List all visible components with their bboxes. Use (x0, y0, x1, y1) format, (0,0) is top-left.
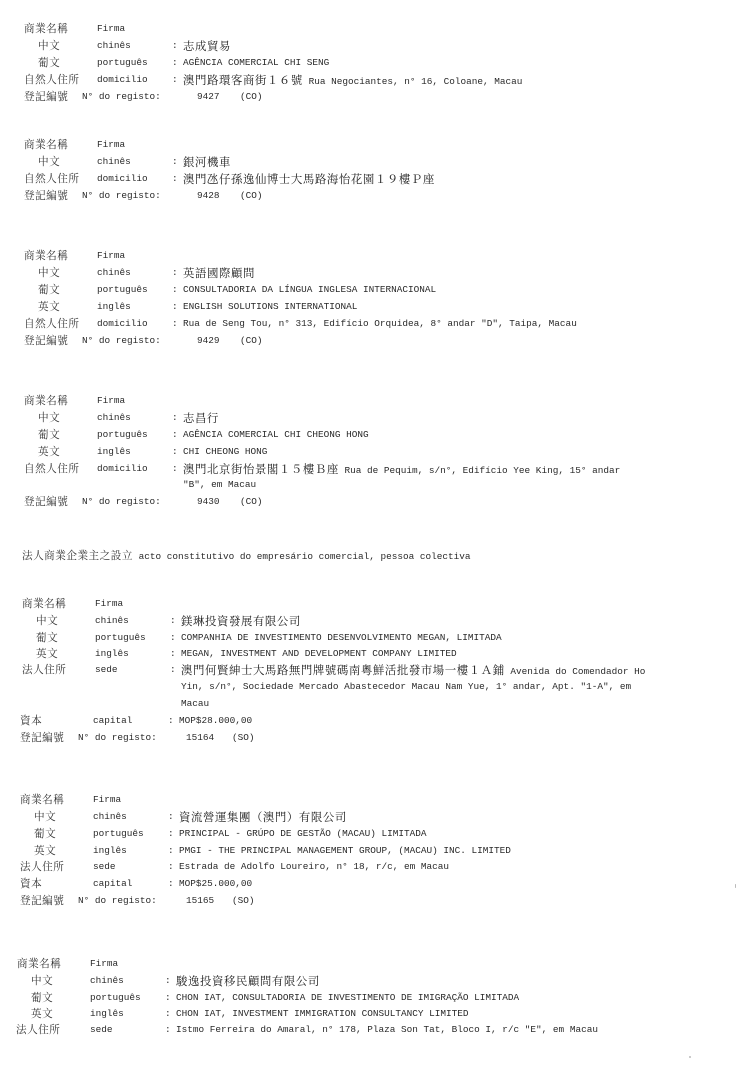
colon: : (172, 461, 178, 477)
registo-label-pt: N° do registo: (82, 333, 161, 349)
chines-label-pt: chinês (97, 265, 131, 281)
portugues-label-zh: 葡文 (34, 826, 56, 842)
registo-label-pt: N° do registo: (78, 893, 157, 909)
portugues-label-pt: português (93, 826, 144, 842)
colon: : (172, 154, 178, 170)
domicilio-label-zh: 自然人住所 (24, 72, 79, 88)
domicilio-label-zh: 自然人住所 (24, 171, 79, 187)
registo-number: 15165 (186, 893, 214, 909)
ingles-value: PMGI - THE PRINCIPAL MANAGEMENT GROUP, (… (179, 843, 511, 859)
colon: : (165, 973, 171, 989)
capital-value: MOP$25.000,00 (179, 876, 252, 892)
colon: : (172, 427, 178, 443)
chines-label-zh: 中文 (38, 154, 60, 170)
chines-label-zh: 中文 (38, 38, 60, 54)
sede-value: 澳門何賢紳士大馬路無門牌號碼南粵鮮活批發市場一樓１Ａ鋪 Avenida do C… (181, 662, 645, 680)
portugues-label-pt: português (90, 990, 141, 1006)
capital-label-pt: capital (93, 876, 132, 892)
domicilio-value: Rua de Seng Tou, n° 313, Edifício Orquid… (183, 316, 577, 332)
colon: : (165, 1022, 171, 1038)
chines-value: 鎂琳投資發展有限公司 (181, 613, 301, 631)
portugues-value: AGÊNCIA COMERCIAL CHI CHEONG HONG (183, 427, 369, 443)
domicilio-label-pt: domicilio (97, 461, 148, 477)
registo-label-zh: 登記編號 (24, 188, 68, 204)
registo-type: (CO) (240, 494, 263, 510)
chines-value: 英語國際顧問 (183, 265, 255, 283)
portugues-label-zh: 葡文 (38, 55, 60, 71)
colon: : (168, 713, 174, 729)
colon: : (172, 444, 178, 460)
domicilio-value: 澳門氹仔孫逸仙博士大馬路海怡花園１９樓Ｐ座 (183, 171, 435, 189)
capital-label-zh: 資本 (20, 876, 42, 892)
domicilio-label-zh: 自然人住所 (24, 461, 79, 477)
colon: : (172, 410, 178, 426)
registo-type: (SO) (232, 730, 255, 746)
registo-number: 9427 (197, 89, 220, 105)
firma-label-pt: Firma (95, 596, 123, 612)
registo-label-zh: 登記編號 (24, 494, 68, 510)
ingles-value: CHON IAT, INVESTMENT IMMIGRATION CONSULT… (176, 1006, 469, 1022)
portugues-value: CONSULTADORIA DA LÍNGUA INGLESA INTERNAC… (183, 282, 436, 298)
firma-label-zh: 商業名稱 (22, 596, 66, 612)
section-heading: 法人商業企業主之設立 acto constitutivo do empresár… (22, 548, 471, 564)
colon: : (168, 809, 174, 825)
chines-value: 駿逸投資移民顧問有限公司 (176, 973, 320, 991)
chines-label-pt: chinês (90, 973, 124, 989)
scan-speck (735, 884, 736, 888)
ingles-label-pt: inglês (97, 299, 131, 315)
portugues-value: COMPANHIA DE INVESTIMENTO DESENVOLVIMENT… (181, 630, 502, 646)
firma-label-zh: 商業名稱 (20, 792, 64, 808)
colon: : (172, 299, 178, 315)
ingles-value: CHI CHEONG HONG (183, 444, 267, 460)
scan-speck (689, 1056, 691, 1058)
chines-label-zh: 中文 (36, 613, 58, 629)
chines-label-pt: chinês (97, 154, 131, 170)
chines-label-pt: chinês (93, 809, 127, 825)
registo-number: 9428 (197, 188, 220, 204)
sede-label-pt: sede (95, 662, 118, 678)
firma-label-pt: Firma (97, 393, 125, 409)
registo-number: 9429 (197, 333, 220, 349)
chines-value: 銀河機車 (183, 154, 231, 172)
colon: : (170, 646, 176, 662)
portugues-value: PRINCIPAL - GRÚPO DE GESTÃO (MACAU) LIMI… (179, 826, 427, 842)
ingles-label-zh: 英文 (31, 1006, 53, 1022)
registo-number: 15164 (186, 730, 214, 746)
domicilio-label-pt: domicilio (97, 72, 148, 88)
portugues-label-zh: 葡文 (38, 282, 60, 298)
capital-label-zh: 資本 (20, 713, 42, 729)
ingles-label-zh: 英文 (38, 444, 60, 460)
portugues-label-zh: 葡文 (36, 630, 58, 646)
chines-label-zh: 中文 (38, 265, 60, 281)
firma-label-zh: 商業名稱 (17, 956, 61, 972)
section-heading-zh: 法人商業企業主之設立 (22, 550, 133, 562)
registo-label-zh: 登記編號 (24, 89, 68, 105)
registo-label-pt: N° do registo: (82, 494, 161, 510)
domicilio-label-zh: 自然人住所 (24, 316, 79, 332)
portugues-label-zh: 葡文 (31, 990, 53, 1006)
sede-label-pt: sede (90, 1022, 113, 1038)
colon: : (165, 1006, 171, 1022)
section-heading-pt: acto constitutivo do empresário comercia… (139, 551, 471, 562)
colon: : (170, 630, 176, 646)
domicilio-value: 澳門路環客商街１６號 Rua Negociantes, n° 16, Coloa… (183, 72, 522, 90)
registo-type: (CO) (240, 188, 263, 204)
colon: : (172, 55, 178, 71)
colon: : (165, 990, 171, 1006)
ingles-label-pt: inglês (95, 646, 129, 662)
firma-label-pt: Firma (90, 956, 118, 972)
firma-label-pt: Firma (93, 792, 121, 808)
portugues-label-pt: português (97, 55, 148, 71)
registo-label-pt: N° do registo: (82, 188, 161, 204)
capital-value: MOP$28.000,00 (179, 713, 252, 729)
firma-label-zh: 商業名稱 (24, 393, 68, 409)
ingles-label-zh: 英文 (36, 646, 58, 662)
registo-type: (CO) (240, 333, 263, 349)
colon: : (172, 265, 178, 281)
ingles-label-zh: 英文 (38, 299, 60, 315)
firma-label-pt: Firma (97, 248, 125, 264)
registo-label-zh: 登記編號 (20, 730, 64, 746)
domicilio-label-pt: domicilio (97, 316, 148, 332)
registo-type: (CO) (240, 89, 263, 105)
colon: : (168, 826, 174, 842)
ingles-label-pt: inglês (93, 843, 127, 859)
portugues-label-pt: português (97, 427, 148, 443)
registo-label-pt: N° do registo: (82, 89, 161, 105)
ingles-label-pt: inglês (97, 444, 131, 460)
firma-label-zh: 商業名稱 (24, 137, 68, 153)
domicilio-label-pt: domicilio (97, 171, 148, 187)
chines-value: 資流營運集團（澳門）有限公司 (179, 809, 347, 827)
portugues-label-pt: português (97, 282, 148, 298)
ingles-label-pt: inglês (90, 1006, 124, 1022)
colon: : (172, 316, 178, 332)
sede-label-zh: 法人住所 (20, 859, 64, 875)
sede-value: Istmo Ferreira do Amaral, n° 178, Plaza … (176, 1022, 598, 1038)
firma-label-zh: 商業名稱 (24, 248, 68, 264)
colon: : (172, 72, 178, 88)
colon: : (172, 282, 178, 298)
chines-label-pt: chinês (95, 613, 129, 629)
registo-label-zh: 登記編號 (20, 893, 64, 909)
colon: : (168, 859, 174, 875)
sede-value-cont: Macau (181, 696, 209, 712)
registo-label-pt: N° do registo: (78, 730, 157, 746)
sede-label-zh: 法人住所 (22, 662, 66, 678)
chines-label-pt: chinês (97, 410, 131, 426)
chines-label-zh: 中文 (31, 973, 53, 989)
ingles-value: ENGLISH SOLUTIONS INTERNATIONAL (183, 299, 357, 315)
colon: : (170, 662, 176, 678)
registo-label-zh: 登記編號 (24, 333, 68, 349)
ingles-value: MEGAN, INVESTMENT AND DEVELOPMENT COMPAN… (181, 646, 457, 662)
sede-value: Estrada de Adolfo Loureiro, n° 18, r/c, … (179, 859, 449, 875)
firma-label-zh: 商業名稱 (24, 21, 68, 37)
chines-value: 志昌行 (183, 410, 219, 428)
colon: : (172, 38, 178, 54)
chines-label-zh: 中文 (34, 809, 56, 825)
portugues-value: AGÊNCIA COMERCIAL CHI SENG (183, 55, 329, 71)
sede-value-cont: Yin, s/n°, Sociedade Mercado Abastecedor… (181, 679, 631, 695)
portugues-label-zh: 葡文 (38, 427, 60, 443)
sede-label-zh: 法人住所 (16, 1022, 60, 1038)
sede-label-pt: sede (93, 859, 116, 875)
colon: : (168, 876, 174, 892)
registo-type: (SO) (232, 893, 255, 909)
portugues-label-pt: português (95, 630, 146, 646)
portugues-value: CHON IAT, CONSULTADORIA DE INVESTIMENTO … (176, 990, 519, 1006)
colon: : (168, 843, 174, 859)
ingles-label-zh: 英文 (34, 843, 56, 859)
chines-label-pt: chinês (97, 38, 131, 54)
colon: : (170, 613, 176, 629)
chines-label-zh: 中文 (38, 410, 60, 426)
firma-label-pt: Firma (97, 21, 125, 37)
colon: : (172, 171, 178, 187)
firma-label-pt: Firma (97, 137, 125, 153)
domicilio-value-cont: "B", em Macau (183, 477, 256, 493)
chines-value: 志成貿易 (183, 38, 231, 56)
capital-label-pt: capital (93, 713, 132, 729)
registo-number: 9430 (197, 494, 220, 510)
